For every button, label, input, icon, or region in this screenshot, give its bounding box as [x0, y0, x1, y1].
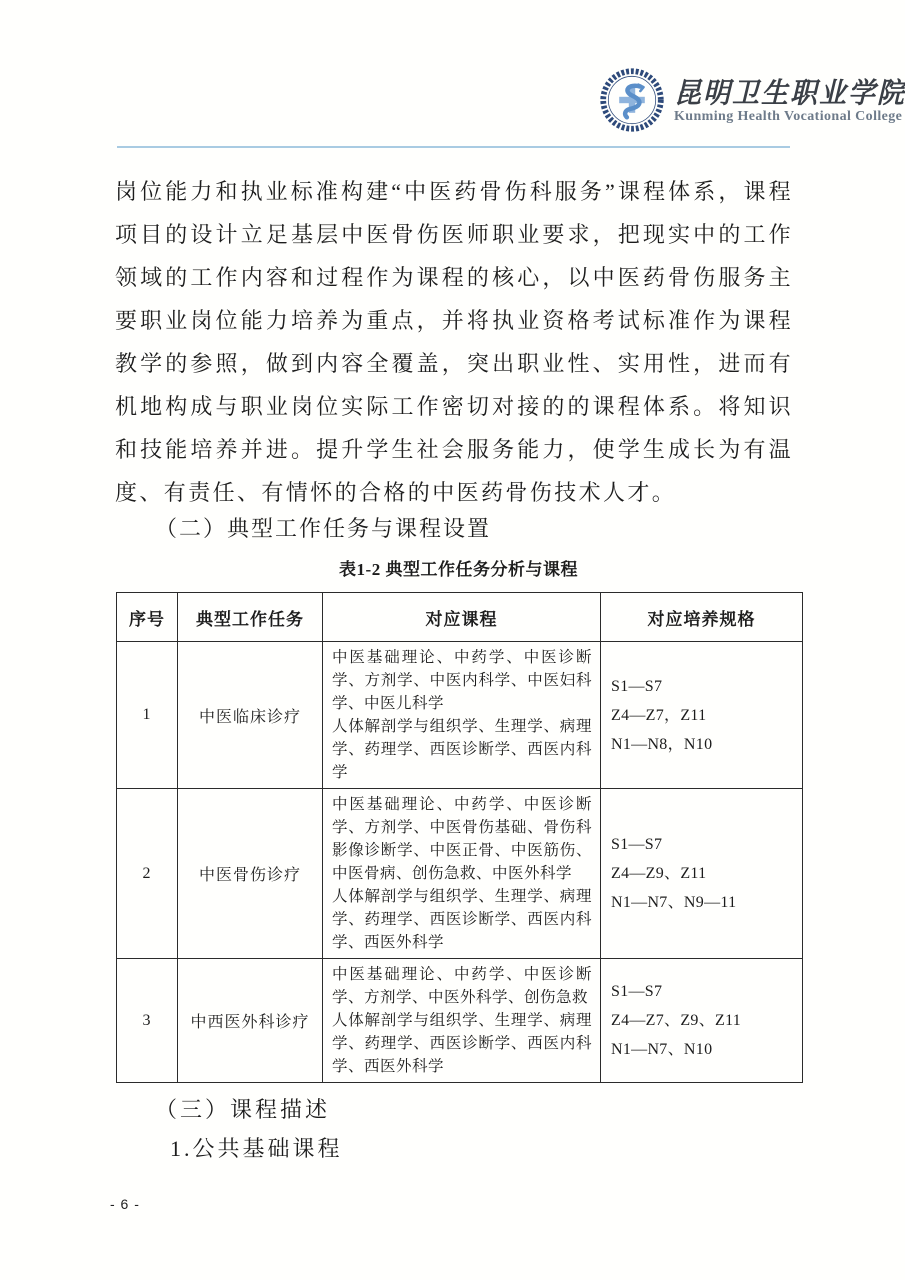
subsection-heading-1: 1.公共基础课程	[115, 1134, 802, 1164]
course-group-western: 人体解剖学与组织学、生理学、病理学、药理学、西医诊断学、西医内科学、西医外科学	[332, 885, 592, 954]
page-number: - 6 -	[110, 1196, 140, 1212]
row-number: 2	[117, 789, 178, 959]
col-header-task: 典型工作任务	[178, 593, 323, 642]
college-name-block: 昆明卫生职业学院 Kunming Health Vocational Colle…	[674, 78, 905, 126]
spec-line: Z4—Z9、Z11	[611, 859, 796, 888]
document-page: 昆明卫生职业学院 Kunming Health Vocational Colle…	[0, 0, 905, 1280]
body-paragraph: 岗位能力和执业标准构建“中医药骨伤科服务”课程体系，课程项目的设计立足基层中医骨…	[115, 170, 793, 514]
table-caption: 表1-2 典型工作任务分析与课程	[115, 559, 802, 581]
course-group-western: 人体解剖学与组织学、生理学、病理学、药理学、西医诊断学、西医内科学	[332, 715, 592, 784]
college-name-chinese: 昆明卫生职业学院	[674, 77, 905, 109]
spec-line: S1—S7	[611, 977, 796, 1006]
college-logo: 昆明卫生职业学院 Kunming Health Vocational Colle…	[600, 66, 870, 138]
college-name-english: Kunming Health Vocational College	[674, 108, 905, 126]
row-number: 3	[117, 959, 178, 1083]
page-content: 岗位能力和执业标准构建“中医药骨伤科服务”课程体系，课程项目的设计立足基层中医骨…	[115, 170, 802, 1164]
section-heading-2: （二）典型工作任务与课程设置	[115, 514, 802, 544]
spec-line: N1—N8，N10	[611, 730, 796, 759]
table-row: 1 中医临床诊疗 中医基础理论、中药学、中医诊断学、方剂学、中医内科学、中医妇科…	[117, 642, 803, 789]
spec-line: Z4—Z7、Z9、Z11	[611, 1006, 796, 1035]
header-divider	[117, 146, 790, 148]
course-group-tcm: 中医基础理论、中药学、中医诊断学、方剂学、中医骨伤基础、骨伤科影像诊断学、中医正…	[332, 793, 592, 885]
section-heading-3: （三）课程描述	[115, 1095, 802, 1125]
task-name: 中医骨伤诊疗	[178, 789, 323, 959]
col-header-spec: 对应培养规格	[601, 593, 803, 642]
course-list: 中医基础理论、中药学、中医诊断学、方剂学、中医内科学、中医妇科学、中医儿科学 人…	[323, 642, 601, 789]
table-row: 2 中医骨伤诊疗 中医基础理论、中药学、中医诊断学、方剂学、中医骨伤基础、骨伤科…	[117, 789, 803, 959]
course-group-tcm: 中医基础理论、中药学、中医诊断学、方剂学、中医内科学、中医妇科学、中医儿科学	[332, 646, 592, 715]
task-name: 中医临床诊疗	[178, 642, 323, 789]
col-header-no: 序号	[117, 593, 178, 642]
course-group-tcm: 中医基础理论、中药学、中医诊断学、方剂学、中医外科学、创伤急救	[332, 963, 592, 1009]
spec-line: S1—S7	[611, 672, 796, 701]
col-header-course: 对应课程	[323, 593, 601, 642]
spec-line: N1—N7、N9—11	[611, 888, 796, 917]
course-group-western: 人体解剖学与组织学、生理学、病理学、药理学、西医诊断学、西医内科学、西医外科学	[332, 1009, 592, 1078]
spec-line: Z4—Z7，Z11	[611, 701, 796, 730]
spec-list: S1—S7 Z4—Z9、Z11 N1—N7、N9—11	[601, 789, 803, 959]
spec-list: S1—S7 Z4—Z7、Z9、Z11 N1—N7、N10	[601, 959, 803, 1083]
college-seal-icon	[600, 68, 664, 137]
course-list: 中医基础理论、中药学、中医诊断学、方剂学、中医外科学、创伤急救 人体解剖学与组织…	[323, 959, 601, 1083]
row-number: 1	[117, 642, 178, 789]
spec-line: S1—S7	[611, 830, 796, 859]
spec-list: S1—S7 Z4—Z7，Z11 N1—N8，N10	[601, 642, 803, 789]
table-header-row: 序号 典型工作任务 对应课程 对应培养规格	[117, 593, 803, 642]
table-row: 3 中西医外科诊疗 中医基础理论、中药学、中医诊断学、方剂学、中医外科学、创伤急…	[117, 959, 803, 1083]
spec-line: N1—N7、N10	[611, 1035, 796, 1064]
course-list: 中医基础理论、中药学、中医诊断学、方剂学、中医骨伤基础、骨伤科影像诊断学、中医正…	[323, 789, 601, 959]
task-name: 中西医外科诊疗	[178, 959, 323, 1083]
task-course-table: 序号 典型工作任务 对应课程 对应培养规格 1 中医临床诊疗 中医基础理论、中药…	[116, 592, 803, 1083]
